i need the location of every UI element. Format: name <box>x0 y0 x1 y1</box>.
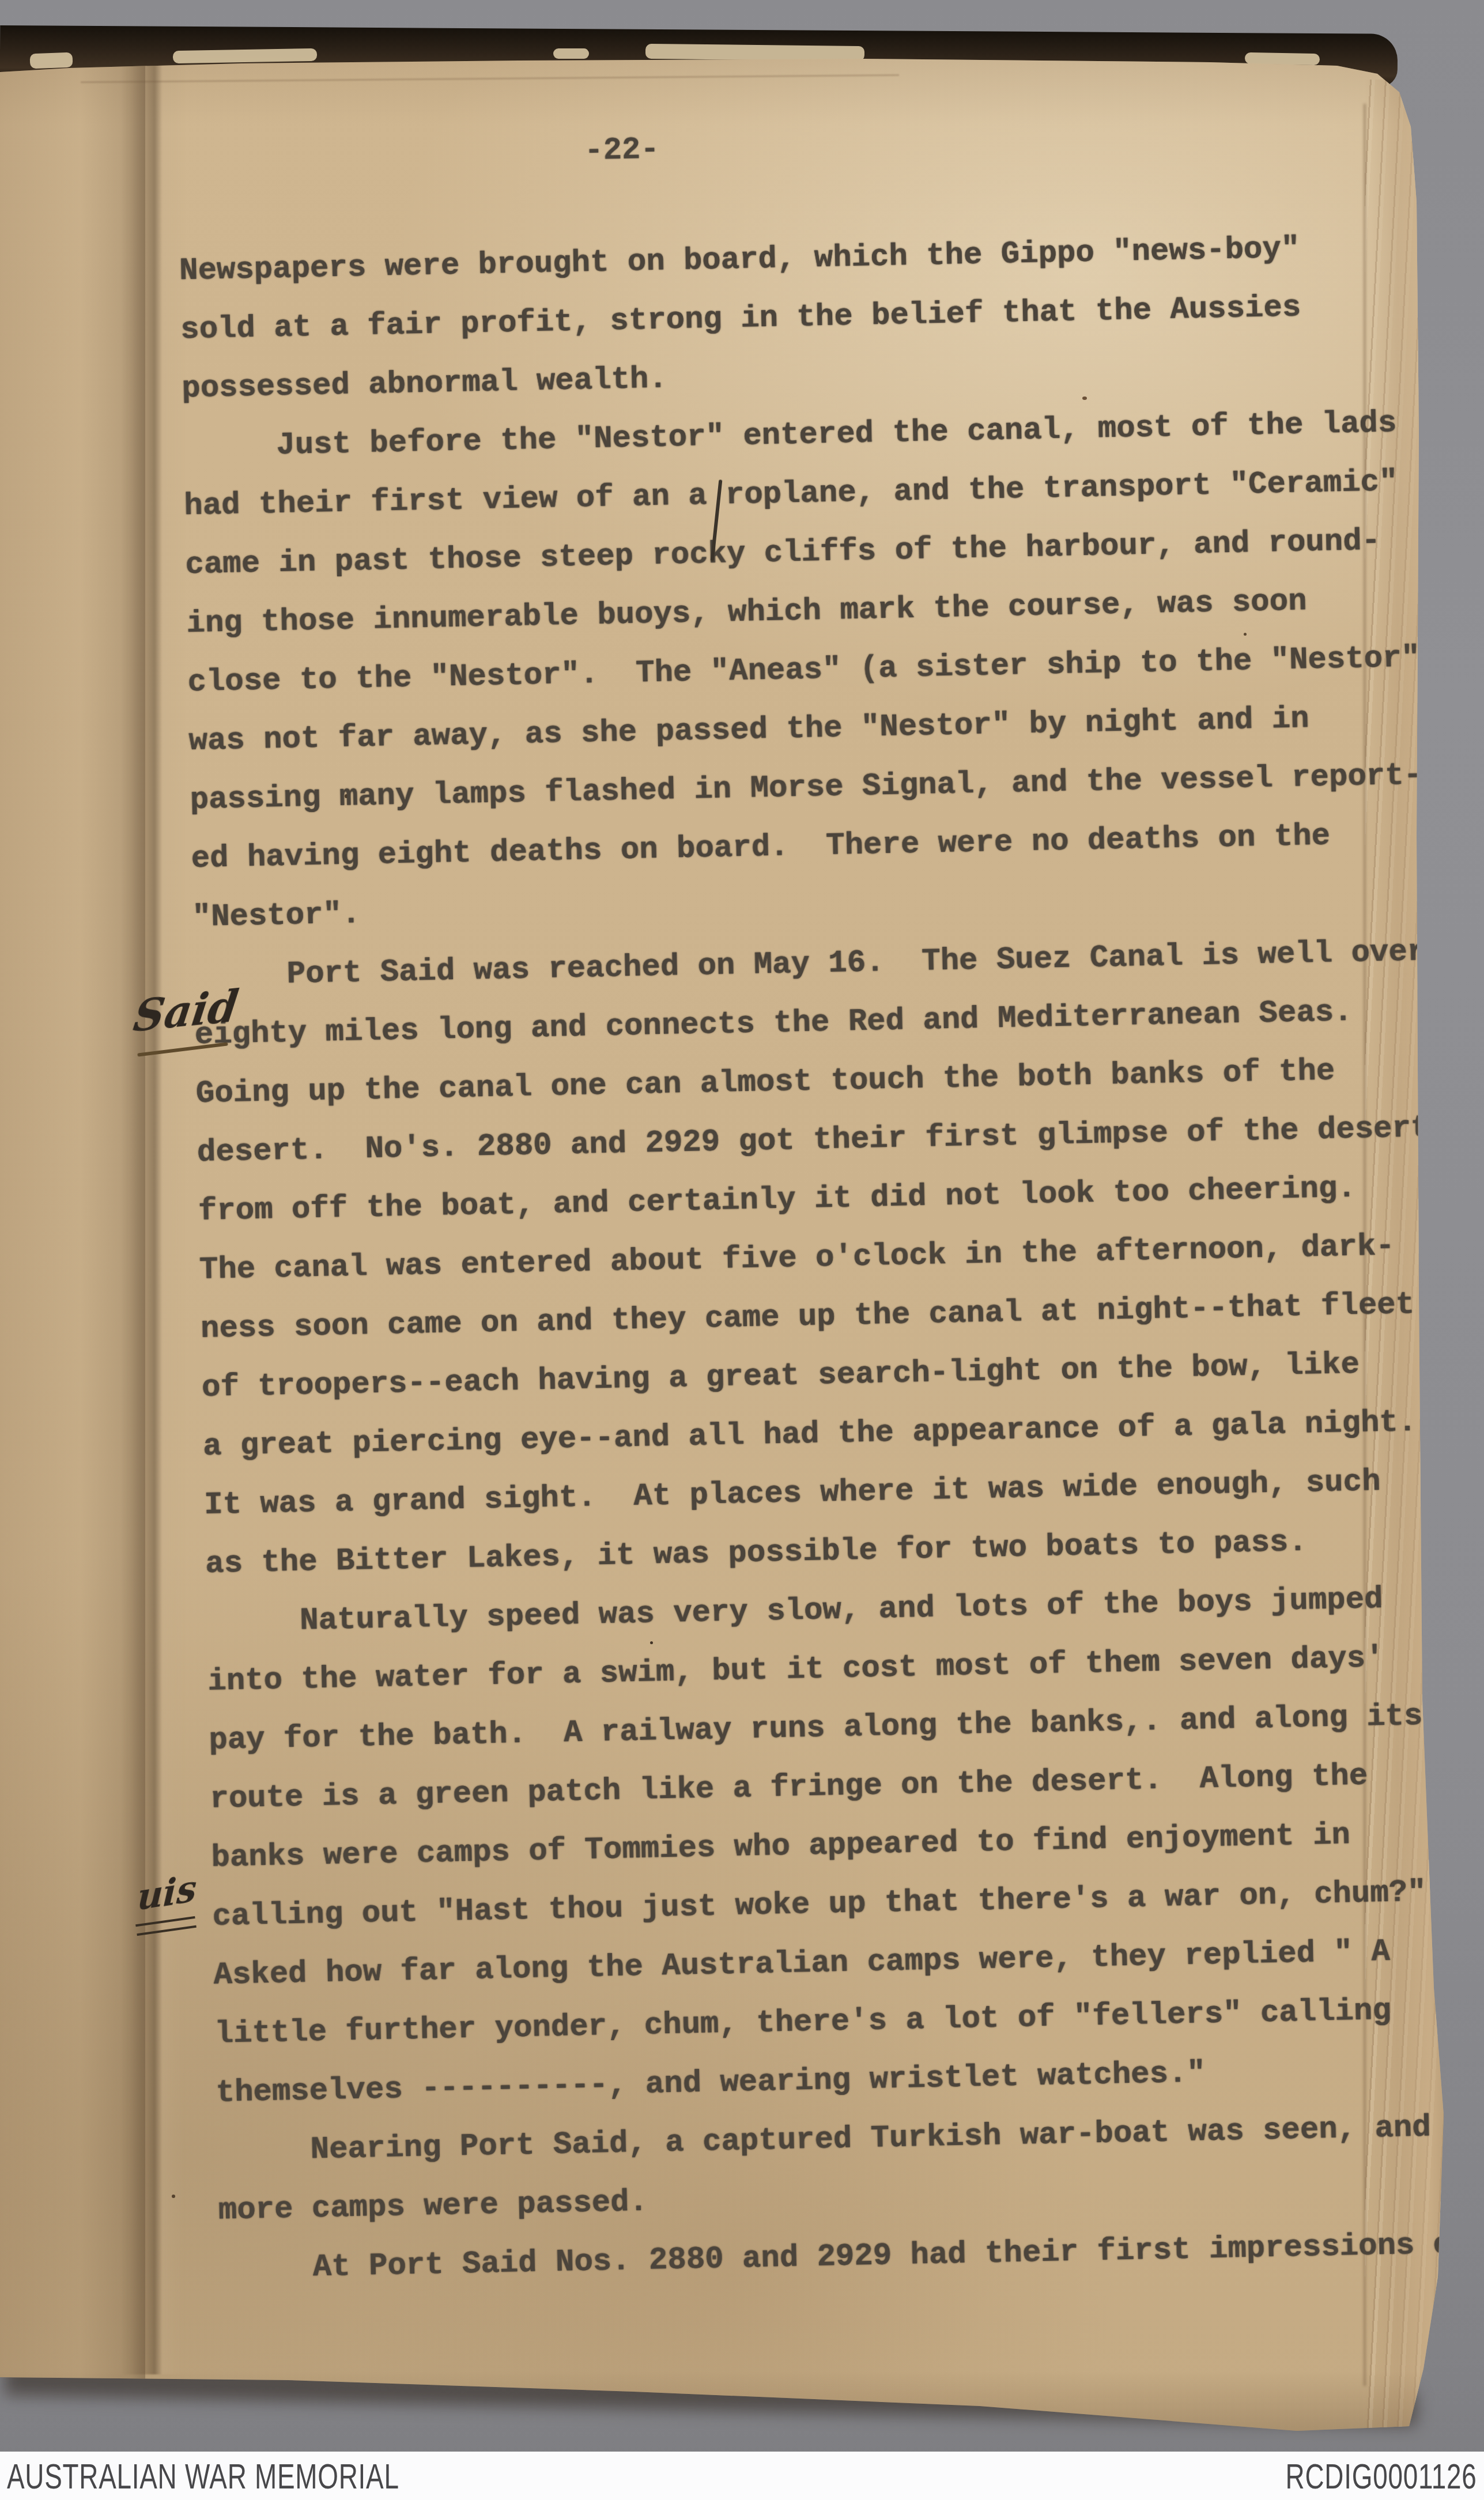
footer-bar: AUSTRALIAN WAR MEMORIAL RCDIG0001126 <box>0 2452 1484 2500</box>
torn-paper-patch <box>173 48 317 63</box>
scanned-document-backdrop: -22- Newspapers were brought on board, w… <box>0 0 1484 2500</box>
archive-name-label: AUSTRALIAN WAR MEMORIAL <box>7 2452 399 2500</box>
page-number: -22- <box>584 133 660 169</box>
torn-paper-patch <box>1245 52 1320 65</box>
torn-paper-patch <box>645 44 864 61</box>
torn-paper-patch <box>30 52 73 69</box>
torn-paper-patch <box>553 48 589 59</box>
page-sheet: -22- Newspapers were brought on board, w… <box>0 29 1458 2444</box>
typed-body-text: Newspapers were brought on board, which … <box>179 217 1484 2299</box>
catalog-id-label: RCDIG0001126 <box>1286 2452 1477 2500</box>
typed-text-layer: -22- Newspapers were brought on board, w… <box>0 4 1482 2448</box>
